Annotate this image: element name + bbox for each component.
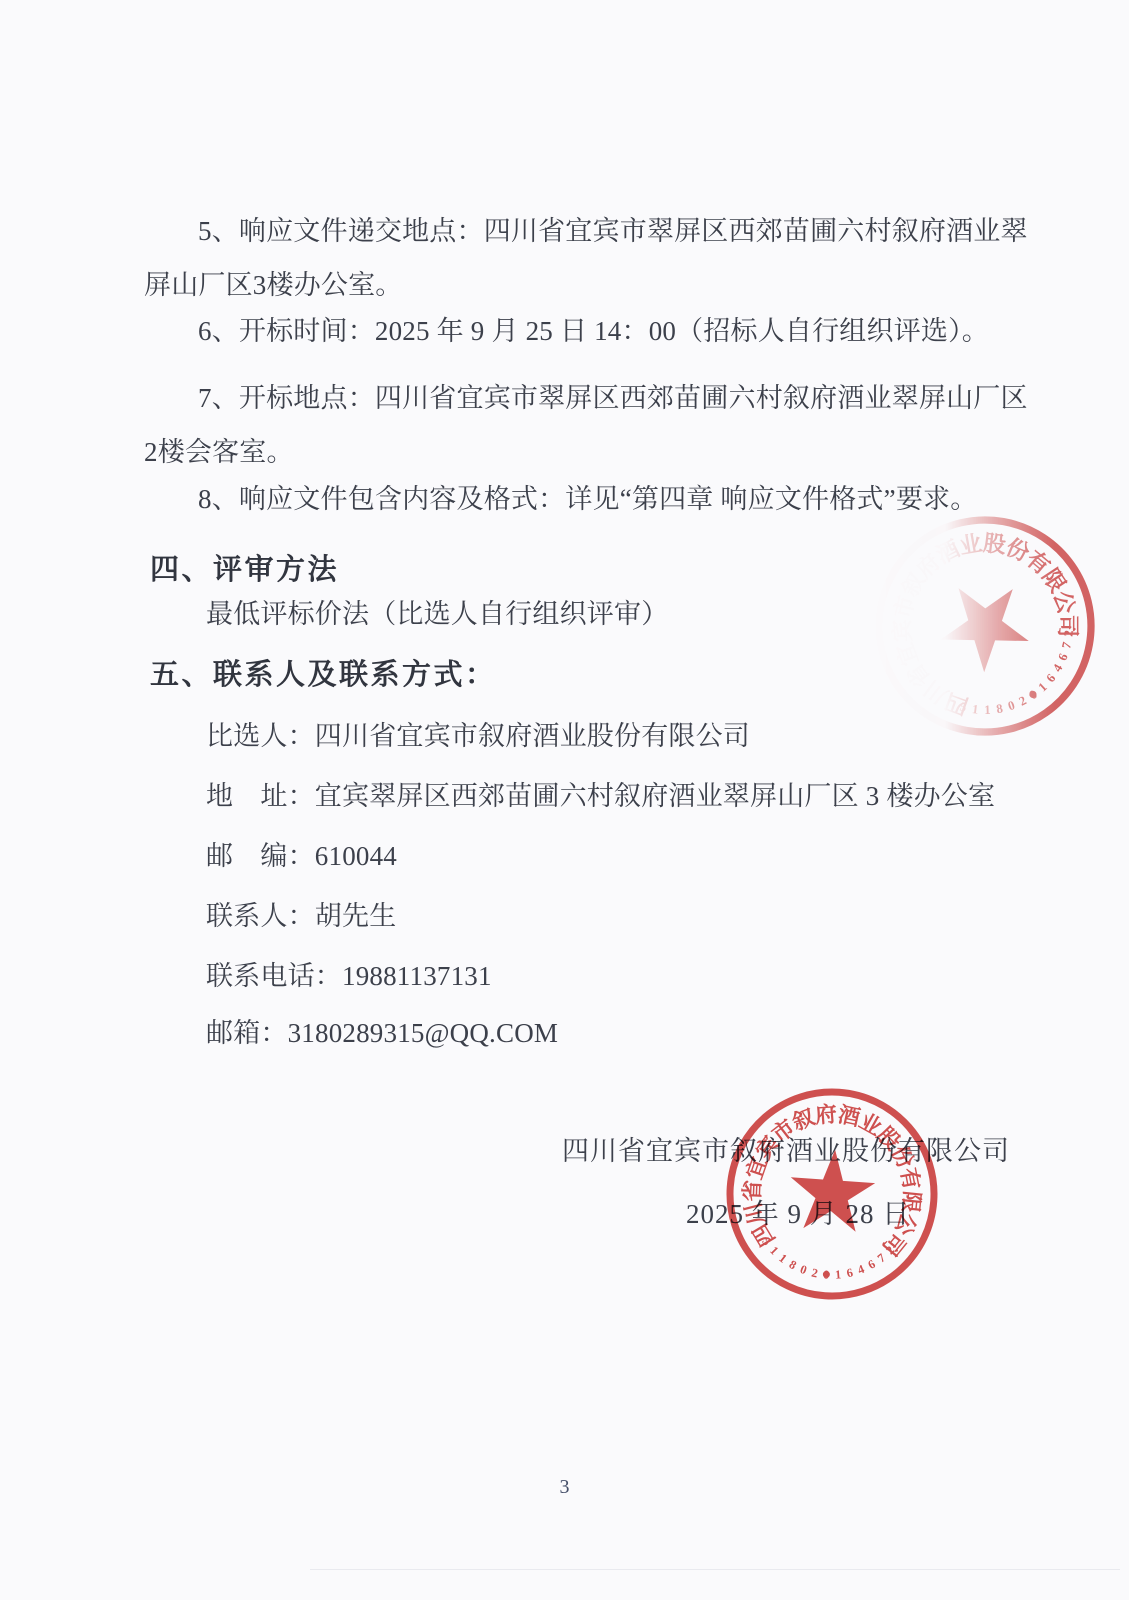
svg-text:1: 1 bbox=[971, 702, 979, 717]
svg-text:7: 7 bbox=[875, 1251, 888, 1266]
svg-text:5: 5 bbox=[958, 700, 968, 715]
scan-artifact-line bbox=[310, 1569, 1120, 1570]
svg-text:四: 四 bbox=[942, 688, 972, 719]
svg-text:份: 份 bbox=[1002, 533, 1033, 566]
svg-text:府: 府 bbox=[814, 1101, 838, 1128]
svg-text:0: 0 bbox=[1006, 698, 1016, 713]
svg-text:股: 股 bbox=[982, 530, 1008, 558]
section-5-title: 五、联系人及联系方式： bbox=[150, 652, 497, 693]
svg-text:8: 8 bbox=[787, 1257, 799, 1272]
svg-text:0: 0 bbox=[798, 1262, 809, 1277]
contact-line-address: 地 址：宜宾翠屏区西郊苗圃六村叙府酒业翠屏山厂区 3 楼办公室 bbox=[206, 776, 995, 816]
svg-text:6: 6 bbox=[845, 1265, 854, 1280]
svg-text:市: 市 bbox=[890, 593, 920, 621]
official-seal-right-edge: 四川省宜宾市叙府酒业股份有限公司5118020164672 bbox=[861, 502, 1109, 750]
svg-text:4: 4 bbox=[1050, 661, 1066, 674]
section-4-body: 最低评标价法（比选人自行组织评审） bbox=[206, 594, 668, 634]
svg-text:2: 2 bbox=[1061, 630, 1075, 638]
svg-text:限: 限 bbox=[1037, 564, 1071, 597]
svg-text:酒: 酒 bbox=[932, 536, 964, 569]
item-5-submission-location: 5、响应文件递交地点：四川省宜宾市翠屏区西郊苗圃六村叙府酒业翠屏山厂区3楼办公室… bbox=[144, 204, 1036, 312]
svg-text:0: 0 bbox=[823, 1267, 830, 1281]
svg-text:5: 5 bbox=[759, 1235, 774, 1248]
item-8-response-format: 8、响应文件包含内容及格式：详见“第四章 响应文件格式”要求。 bbox=[144, 472, 1036, 526]
item-6-bid-opening-time: 6、开标时间：2025 年 9 月 25 日 14：00（招标人自行组织评选）。 bbox=[144, 304, 1036, 358]
svg-text:2: 2 bbox=[810, 1265, 819, 1280]
svg-text:宜: 宜 bbox=[892, 639, 923, 669]
page-number: 3 bbox=[0, 1476, 1129, 1499]
svg-text:6: 6 bbox=[865, 1257, 877, 1272]
svg-text:8: 8 bbox=[995, 701, 1004, 716]
svg-text:司: 司 bbox=[877, 1228, 909, 1260]
svg-text:1: 1 bbox=[835, 1267, 842, 1281]
svg-text:司: 司 bbox=[1055, 615, 1080, 638]
svg-text:1: 1 bbox=[1036, 680, 1050, 695]
svg-text:6: 6 bbox=[1055, 651, 1070, 662]
contact-line-selector: 比选人：四川省宜宾市叙府酒业股份有限公司 bbox=[206, 716, 750, 756]
contact-line-email: 邮箱：3180289315@QQ.COM bbox=[206, 1013, 558, 1053]
svg-text:公: 公 bbox=[1049, 588, 1080, 617]
svg-text:1: 1 bbox=[767, 1243, 781, 1257]
signature-company: 四川省宜宾市叙府酒业股份有限公司 bbox=[562, 1129, 1010, 1168]
svg-text:省: 省 bbox=[902, 658, 936, 691]
svg-text:业: 业 bbox=[957, 530, 984, 559]
svg-text:宾: 宾 bbox=[888, 618, 915, 642]
contact-line-phone: 联系电话：19881137131 bbox=[206, 956, 492, 996]
svg-text:6: 6 bbox=[1043, 671, 1058, 685]
contact-line-postcode: 邮 编：610044 bbox=[206, 836, 397, 876]
svg-text:1: 1 bbox=[984, 703, 991, 717]
svg-text:7: 7 bbox=[1059, 640, 1074, 650]
svg-text:4: 4 bbox=[856, 1262, 867, 1277]
svg-text:2: 2 bbox=[883, 1243, 897, 1257]
svg-text:有: 有 bbox=[1021, 545, 1055, 579]
document-page: 5、响应文件递交地点：四川省宜宾市翠屏区西郊苗圃六村叙府酒业翠屏山厂区3楼办公室… bbox=[0, 0, 1129, 1600]
svg-text:有: 有 bbox=[896, 1166, 925, 1192]
svg-text:0: 0 bbox=[1027, 687, 1040, 702]
svg-text:酒: 酒 bbox=[836, 1102, 863, 1130]
svg-text:府: 府 bbox=[911, 548, 946, 583]
section-4-title: 四、评审方法 bbox=[150, 547, 339, 588]
svg-text:叙: 叙 bbox=[896, 568, 931, 602]
item-7-bid-opening-location: 7、开标地点：四川省宜宾市翠屏区西郊苗圃六村叙府酒业翠屏山厂区2楼会客室。 bbox=[144, 371, 1036, 479]
svg-text:川: 川 bbox=[919, 675, 952, 708]
signature-date: 2025 年 9 月 28 日 bbox=[686, 1192, 910, 1231]
svg-text:1: 1 bbox=[776, 1251, 789, 1266]
contact-line-person: 联系人：胡先生 bbox=[206, 896, 396, 936]
svg-text:2: 2 bbox=[1017, 693, 1029, 708]
